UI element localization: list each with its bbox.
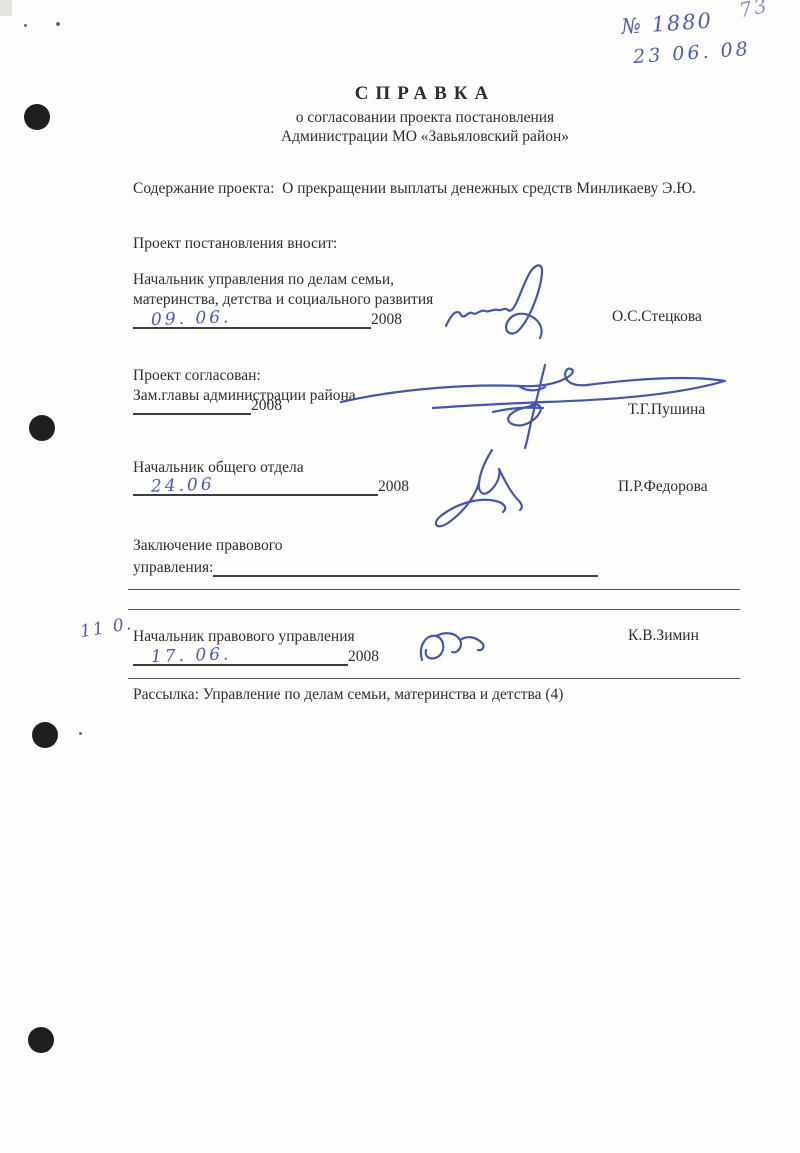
sign4-year: 2008 xyxy=(348,648,379,665)
scan-speck xyxy=(56,22,60,26)
signature-stetskova-scribble xyxy=(440,260,575,348)
sign1-date-line: 09. 06.2008 xyxy=(133,310,402,329)
sign1-name: О.С.Стецкова xyxy=(612,308,702,326)
sign3-date-underline: 24.06 xyxy=(133,477,378,496)
sign2-header: Проект согласован: xyxy=(133,366,261,385)
registration-stamp: № 1880 73 23 06. 08 xyxy=(620,5,763,69)
sign3-date-line: 24.062008 xyxy=(133,477,409,496)
sign3-year: 2008 xyxy=(378,478,409,495)
sign4-date-line: 17. 06.2008 xyxy=(133,647,379,666)
conclusion-line1: Заключение правового xyxy=(133,536,283,555)
sign2-date-underline xyxy=(133,396,251,415)
margin-note: 11 0. xyxy=(79,614,135,642)
sign4-handwritten-date: 17. 06. xyxy=(133,644,232,667)
document-title: СПРАВКА xyxy=(110,83,740,105)
sign1-role-line2: материнства, детства и социального разви… xyxy=(133,290,433,309)
conclusion-line2: управления: xyxy=(133,558,598,577)
stamp-number: № 1880 xyxy=(620,9,713,39)
sign1-year: 2008 xyxy=(371,311,402,328)
signature-zimin-scribble xyxy=(413,629,491,673)
sign3-handwritten-date: 24.06 xyxy=(133,475,215,498)
conclusion-label: управления: xyxy=(133,559,213,576)
stamp-code: 73 xyxy=(736,0,770,22)
sign1-handwritten-date: 09. 06. xyxy=(133,307,232,330)
sign4-name: К.В.Зимин xyxy=(628,627,699,645)
document-header: СПРАВКА о согласовании проекта постановл… xyxy=(110,83,740,146)
scanned-document-page: № 1880 73 23 06. 08 СПРАВКА о согласован… xyxy=(0,0,800,1153)
sign2-name: Т.Г.Пушина xyxy=(628,401,705,419)
signature-fedorova-scribble xyxy=(430,444,540,536)
sign1-date-underline: 09. 06. xyxy=(133,310,371,329)
hole-punch xyxy=(32,722,58,748)
project-submitter-line: Проект постановления вносит: xyxy=(133,234,337,253)
document-subtitle-2: Администрации МО «Завьяловский район» xyxy=(110,127,740,146)
hole-punch xyxy=(28,1027,54,1053)
sign4-role-line: Начальник правового управления xyxy=(133,627,355,646)
sign2-date-line: 2008 xyxy=(133,396,282,415)
hole-punch xyxy=(29,415,55,441)
sign3-role-line: Начальник общего отдела xyxy=(133,458,304,477)
scan-edge-shade xyxy=(0,0,12,16)
sign1-role-line1: Начальник управления по делам семьи, xyxy=(133,270,394,289)
blank-line xyxy=(128,678,740,679)
blank-line xyxy=(128,609,740,610)
document-subtitle-1: о согласовании проекта постановления xyxy=(110,108,740,127)
blank-line xyxy=(128,589,740,590)
distribution-line: Рассылка: Управление по делам семьи, мат… xyxy=(133,685,563,704)
sign4-date-underline: 17. 06. xyxy=(133,647,348,666)
sign3-name: П.Р.Федорова xyxy=(618,478,708,496)
stamp-date: 23 06. 08 xyxy=(632,37,763,68)
scan-speck xyxy=(79,732,82,735)
hole-punch xyxy=(24,104,50,130)
sign2-year: 2008 xyxy=(251,397,282,414)
scan-speck xyxy=(24,24,27,27)
project-content-line: Содержание проекта: О прекращении выплат… xyxy=(133,179,696,198)
conclusion-underline xyxy=(213,558,598,577)
